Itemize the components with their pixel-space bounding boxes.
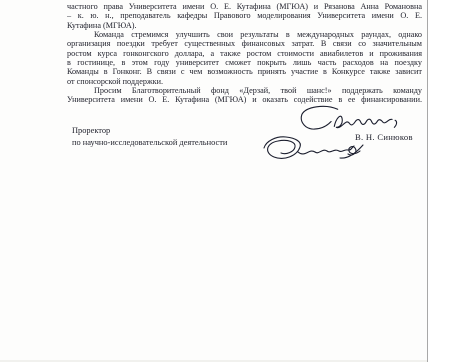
signer-name: В. Н. Синюков xyxy=(355,132,413,142)
letter-line: Команды в Гонконг. В связи с чем возможн… xyxy=(67,67,422,76)
letter-line: организация поездки требует существенных… xyxy=(67,39,422,48)
letter-line: от спонсорской поддержки. xyxy=(67,77,422,86)
letter-line: ростом курса гонконгского доллара, а так… xyxy=(67,49,422,58)
scan-outer-margin xyxy=(428,0,449,362)
letter-body: частного права Университета имени О. Е. … xyxy=(67,2,422,105)
page-edge-line xyxy=(427,0,428,362)
letter-line: Просим Благотворительный фонд «Дерзай, т… xyxy=(67,86,422,95)
letter-line: частного права Университета имени О. Е. … xyxy=(67,2,422,11)
signoff-position-line1: Проректор xyxy=(72,125,227,137)
letter-line: в гостинице, в этом году университет смо… xyxy=(67,58,422,67)
letter-line: Команда стремимся улучшить свои результа… xyxy=(67,30,422,39)
scanned-letter-page: частного права Университета имени О. Е. … xyxy=(0,0,449,362)
letter-line: – к. ю. н., преподаватель кафедры Правов… xyxy=(67,11,422,20)
handwritten-closing-icon xyxy=(301,104,397,131)
letter-line: Кутафина (МГЮА). xyxy=(67,21,422,30)
signoff-position-line2: по научно-исследовательской деятельности xyxy=(72,137,227,149)
signature-icon xyxy=(264,137,363,159)
signoff-position-title: Проректор по научно-исследовательской де… xyxy=(72,125,227,148)
